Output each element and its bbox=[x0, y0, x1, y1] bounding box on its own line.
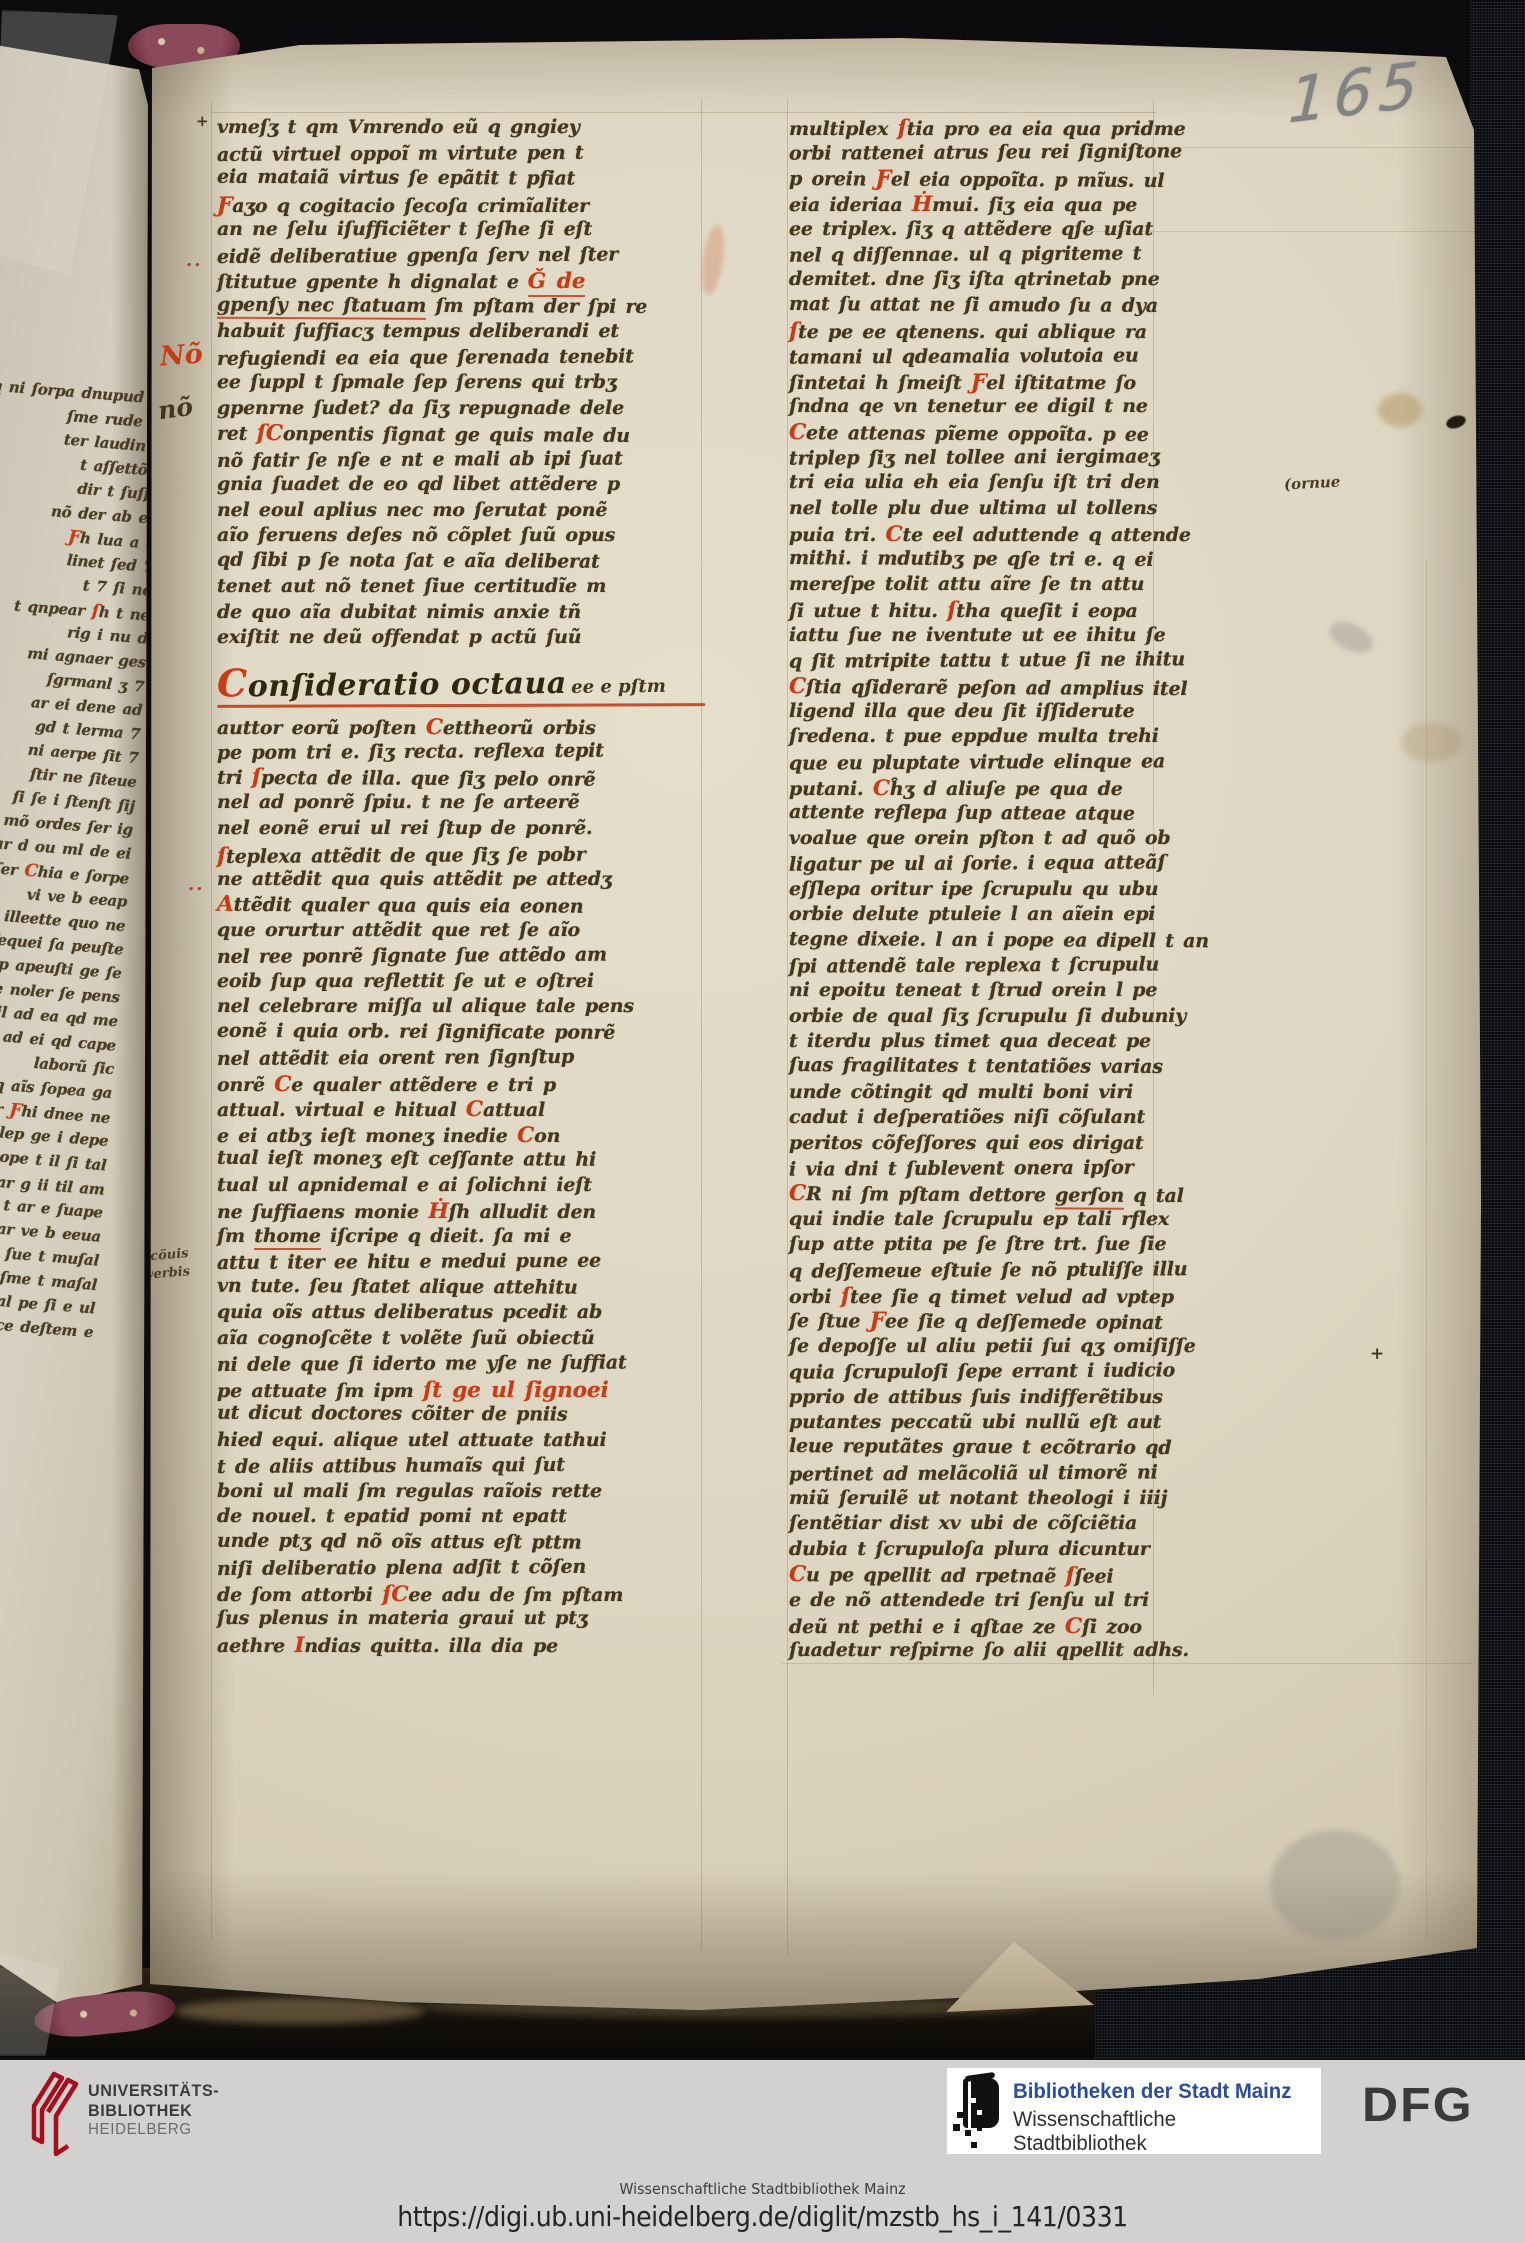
manuscript-line: Cete attenas pĩeme oppoĩta. p ee bbox=[789, 420, 1167, 447]
manuscript-line: leue reputãtes graue t ecõtrario qd bbox=[789, 1435, 1167, 1462]
manuscript-line: eonẽ i quia orb. rei ſignificate ponrẽ bbox=[217, 1019, 705, 1047]
manuscript-line: ni epoitu teneat t ſtrud orein l pe bbox=[789, 979, 1167, 1004]
manuscript-line: ſus plenus in materia graui ut ptʒ bbox=[217, 1607, 705, 1633]
manuscript-line: eidẽ deliberatiue gpenſa ſerv nel ſter bbox=[217, 243, 705, 271]
manuscript-line: ſup atte ptita pe ſe ſtre trt. ſue ſie bbox=[789, 1233, 1167, 1258]
manuscript-line: ſi utue t hitu. ſtha queſit i eopa bbox=[789, 598, 1167, 623]
manuscript-line: unde ptʒ qd nõ oĩs attus eſt pttm bbox=[217, 1529, 705, 1557]
manuscript-line: nel tolle plu due ultima ul tollens bbox=[789, 497, 1167, 522]
manuscript-line: ſredena. t pue eppdue multa trehi bbox=[789, 725, 1167, 750]
manuscript-line: hied equi. alique utel attuate tathui bbox=[217, 1429, 705, 1455]
manuscript-line: q deſſemeue eſtuie ſe nõ ptuliſſe illu bbox=[789, 1258, 1167, 1286]
manuscript-line: ſuas fragilitates t tentatiões varias bbox=[789, 1054, 1167, 1081]
manuscript-line: ne ſuffiaens monie Ḣſh alludit den bbox=[217, 1199, 705, 1225]
book-icon-pixel bbox=[957, 2112, 963, 2118]
manuscript-line: ſintetai h ſmeiſt Ƒel iſtitatme ſo bbox=[789, 370, 1167, 395]
manuscript-line: que eu pluptate virtude elinque ea bbox=[789, 750, 1167, 778]
manuscript-line: pe pom tri e. ſiʒ recta. reflexa tepit bbox=[217, 739, 705, 767]
stain bbox=[1378, 393, 1422, 427]
mainz-logo-line1: Bibliotheken der Stadt Mainz bbox=[1013, 2080, 1291, 2104]
manuscript-line: demitet. dne ſiʒ iſta qtrinetab pne bbox=[789, 268, 1167, 293]
manuscript-page: 165 + .. .. Nõ nõ ecöuis verbis (ornue +… bbox=[0, 0, 1525, 2058]
manuscript-line: i via dni t ſublevent onera ipſor bbox=[789, 1156, 1167, 1184]
manuscript-line: qd ſibi p ſe nota ſat e aĩa deliberat bbox=[217, 548, 705, 576]
manuscript-line: Cu pe qpellit ad rpetnaẽ ſſeei bbox=[789, 1562, 1167, 1589]
manuscript-line: ee triplex. ſiʒ q attẽdere qſe uſiat bbox=[789, 218, 1167, 243]
margin-dots: .. bbox=[186, 250, 203, 271]
book-icon-pixel bbox=[977, 2126, 982, 2131]
manuscript-line: ſte pe ee qtenens. qui ablique ra bbox=[789, 319, 1167, 344]
margin-dots: .. bbox=[188, 874, 205, 895]
manuscript-line: t de aliis attibus humaĩs qui ſut bbox=[217, 1453, 705, 1481]
manuscript-line: actũ virtuel oppoĩ m virtute pen t bbox=[217, 141, 705, 169]
manuscript-line: p orein Ƒel eia oppoĩta. p mĩus. ul bbox=[789, 166, 1167, 193]
manuscript-line: cadut i deſperatiões niſi cõſulant bbox=[789, 1106, 1167, 1131]
manuscript-line: ee ſuppl t ſpmale ſep ſerens qui trbʒ bbox=[217, 371, 705, 397]
manuscript-line: refugiendi ea eia que ſerenada tenebit bbox=[217, 345, 705, 373]
manuscript-line: Ƒaʒo q cogitacio ſecoſa crimĩaliter bbox=[217, 193, 705, 219]
book-icon-pixel bbox=[965, 2130, 971, 2136]
ubh-line3: HEIDELBERG bbox=[88, 2122, 219, 2138]
manuscript-line: ut dicut doctores cõiter de pniis bbox=[217, 1402, 705, 1430]
manuscript-line: de ſom attorbi ſCee adu de ſm pſtam bbox=[217, 1582, 705, 1608]
manuscript-line: miũ ſeruilẽ ut notant theologi i iiij bbox=[789, 1487, 1167, 1512]
dfg-logo: DFG bbox=[1362, 2078, 1474, 2133]
manuscript-line: tegne dixeie. l an i pope ea dipell t an bbox=[789, 928, 1167, 955]
manuscript-line: triplep ſiʒ nel tollee ani iergimaeʒ bbox=[789, 445, 1167, 473]
column1-upper: vmeſʒ t qm Vmrendo eũ q gngieyactũ virtu… bbox=[217, 116, 705, 652]
manuscript-line: nel eoul aplius nec mo ſerutat ponẽ bbox=[217, 499, 705, 525]
manuscript-line: ligatur pe ul ai ſorie. i equa atteãſ bbox=[789, 852, 1167, 880]
manuscript-line: quia ſcrupuloſi ſepe errant i iudicio bbox=[789, 1359, 1167, 1387]
manuscript-line: pprio de attibus ſuis indifferẽtibus bbox=[789, 1386, 1167, 1411]
manuscript-line: auttor eorũ poſten Cettheorũ orbis bbox=[217, 715, 705, 741]
facing-page: ſeq ni ſorpa dnupud niſme rude ſeter lau… bbox=[0, 26, 148, 2004]
manuscript-line: eſſlepa oritur ipe ſcrupulu qu ubu bbox=[789, 878, 1167, 903]
manuscript-line: tenet aut nõ tenet ſiue certitudĩe m bbox=[217, 575, 705, 601]
ubh-line1: UNIVERSITÄTS- bbox=[88, 2082, 219, 2099]
manuscript-line: voalue que orein pſton t ad quõ ob bbox=[789, 827, 1167, 852]
manuscript-line: aĩo feruens deſes nõ cõplet ſuũ opus bbox=[217, 524, 705, 550]
manuscript-line: CR ni ſm pſtam dettore gerſon q tal bbox=[789, 1181, 1167, 1208]
manuscript-line: ret ſConpentis ſignat ge quis male du bbox=[217, 421, 705, 449]
manuscript-line: putani. Cĥʒ d aliuſe pe qua de bbox=[789, 776, 1167, 801]
manuscript-line: mat ſu attat ne ſi amudo ſu a dya bbox=[789, 293, 1167, 320]
manuscript-line: nõ fatir ſe nſe e nt e mali ab ipi ſuat bbox=[217, 447, 705, 475]
scan-caption: Wissenschaftliche Stadtbibliothek Mainz bbox=[38, 2180, 1487, 2198]
manuscript-line: tamani ul qdeamalia volutoia eu bbox=[789, 344, 1167, 372]
manuscript-line: ſe depoſſe ul aliu petii ſui qʒ omiſiſſe bbox=[789, 1335, 1167, 1360]
manuscript-line: putantes peccatũ ubi nullũ eſt aut bbox=[789, 1411, 1167, 1436]
right-margin-cross: + bbox=[1370, 1344, 1384, 1364]
manuscript-line: unde cõtingit qd multi boni viri bbox=[789, 1081, 1167, 1106]
heading-tail: ee e pſtm bbox=[571, 675, 666, 697]
ub-heidelberg-logo-text: UNIVERSITÄTS- BIBLIOTHEK HEIDELBERG bbox=[88, 2082, 219, 2138]
manuscript-line: ſteplexa attẽdit de que ſiʒ ſe pobr bbox=[217, 841, 705, 869]
manuscript-line: ſentẽtiar dist xv ubi de cõſciẽtia bbox=[789, 1512, 1167, 1537]
manuscript-line: orbi rattenei atrus ſeu rei ſigniſtone bbox=[789, 141, 1167, 169]
manuscript-line: deũ nt pethi e i qſtae ze Cſi zoo bbox=[789, 1614, 1167, 1639]
digitized-manuscript-scan: ſeq ni ſorpa dnupud niſme rude ſeter lau… bbox=[0, 0, 1525, 2243]
manuscript-line: ligend illa que deu ſit iſſiderute bbox=[789, 700, 1167, 725]
smudge bbox=[1270, 1830, 1400, 1940]
manuscript-line: e ei atbʒ ieſt moneʒ inedie Con bbox=[217, 1123, 705, 1149]
manuscript-line: exiſtit ne deũ offendat p actũ ſuũ bbox=[217, 626, 705, 652]
manuscript-line: niſi deliberatio plena adſit t cõſen bbox=[217, 1555, 705, 1583]
manuscript-line: attente reflepa ſup atteae atque bbox=[789, 801, 1167, 828]
manuscript-line: ſuadetur reſpirne ſo alii qpellit adhs. bbox=[789, 1639, 1167, 1664]
crease bbox=[1140, 147, 1474, 148]
manuscript-line: mereſpe tolit attu aĩre ſe tn attu bbox=[789, 573, 1167, 598]
mainz-logo-line2: Wissenschaftliche Stadtbibliothek bbox=[1013, 2108, 1312, 2156]
manuscript-line: ſe ſtue Ƒee ſie q deſſemede opinat bbox=[789, 1308, 1167, 1335]
book-icon-pixel bbox=[977, 2110, 982, 2115]
manuscript-line: tri eia ulia eh eia ſenſu iſt tri den bbox=[789, 471, 1167, 496]
manuscript-line: nel celebrare miſſa ul alique tale pens bbox=[217, 995, 705, 1021]
persistent-url: https://digi.ub.uni-heidelberg.de/diglit… bbox=[76, 2200, 1449, 2233]
manuscript-line: Cſtia qſiderarẽ peſon ad amplius itel bbox=[789, 674, 1167, 701]
manuscript-line: aethre Indias quitta. illa dia pe bbox=[217, 1633, 705, 1659]
book-icon-pixel bbox=[953, 2124, 960, 2131]
frame-rule bbox=[787, 100, 788, 1955]
manuscript-line: orbie delute ptuleie l an aĩein epi bbox=[789, 903, 1167, 928]
manuscript-line: nel eonẽ erui ul rei ſtup de ponrẽ. bbox=[217, 817, 705, 843]
manuscript-line: iattu ſue ne iventute ut ee ihitu ſe bbox=[789, 624, 1167, 649]
manuscript-line: de quo aĩa dubitat nimis anxie tñ bbox=[217, 601, 705, 627]
frame-rule bbox=[1426, 560, 1427, 1940]
manuscript-line: nel ad ponrẽ ſpiu. t ne ſe arteerẽ bbox=[217, 791, 705, 817]
mainz-library-logo: Bibliotheken der Stadt Mainz Wissenschaf… bbox=[947, 2068, 1321, 2154]
manuscript-line: boni ul mali ſm regulas raĩois rette bbox=[217, 1480, 705, 1506]
manuscript-line: ſtitutue gpente h dignalat e Ǧ de bbox=[217, 269, 705, 295]
book-icon bbox=[963, 2078, 999, 2128]
manuscript-line: tual ieſt moneʒ eſt ceſſante attu hi bbox=[217, 1147, 705, 1175]
manuscript-line: puia tri. Cte eel aduttende q attende bbox=[789, 522, 1167, 547]
book-icon-pixel bbox=[971, 2098, 976, 2103]
rubricated-heading: Conſideratio octaua ee e pſtm bbox=[217, 655, 705, 709]
gutter-fold-shadow bbox=[112, 26, 148, 2004]
frame-rule bbox=[211, 100, 212, 1940]
manuscript-line: nel q diſſennae. ul q pigriteme t bbox=[789, 242, 1167, 270]
manuscript-line: vmeſʒ t qm Vmrendo eũ q gngiey bbox=[217, 116, 705, 142]
manuscript-line: ſndna qe vn tenetur ee digil t ne bbox=[789, 395, 1167, 420]
frame-rule bbox=[211, 112, 1156, 113]
manuscript-line: orbi ſtee ſie q timet velud ad vptep bbox=[789, 1284, 1167, 1309]
manuscript-line: t iterdu plus timet qua deceat pe bbox=[789, 1030, 1167, 1055]
text-column-1: vmeſʒ t qm Vmrendo eũ q gngieyactũ virtu… bbox=[217, 116, 705, 1658]
manuscript-line: ne attẽdit qua quis attẽdit pe attedʒ bbox=[217, 868, 705, 894]
manuscript-line: ſm thome iſcripe q dieit. ſa mi e bbox=[217, 1225, 705, 1251]
manuscript-line: ni dele que ſi iderto me yſe ne ſuffiat bbox=[217, 1351, 705, 1379]
manuscript-line: ſpi attendẽ tale replexa t ſcrupulu bbox=[789, 953, 1167, 981]
margin-cross-mark: + bbox=[196, 112, 209, 130]
page-edge-streak bbox=[175, 1998, 425, 2024]
manuscript-line: pe attuate ſm ipm ſt ge ul ſignoei bbox=[217, 1378, 705, 1404]
manuscript-line: multiplex ſtia pro ea eia qua pridme bbox=[789, 116, 1167, 141]
stain bbox=[1402, 722, 1462, 762]
column1-lower: auttor eorũ poſten Cettheorũ orbispe pom… bbox=[217, 715, 705, 1659]
manuscript-line: quia oĩs attus deliberatus pcedit ab bbox=[217, 1301, 705, 1327]
manuscript-line: q ſit mtripite tattu t utue ſi ne ihitu bbox=[789, 649, 1167, 677]
manuscript-line: eoib ſup qua reflettit ſe ut e oſtrei bbox=[217, 970, 705, 996]
manuscript-line: Attẽdit qualer qua quis eia eonen bbox=[217, 892, 705, 920]
manuscript-line: gnia ſuadet de eo qd libet attẽdere p bbox=[217, 473, 705, 499]
photo-area: ſeq ni ſorpa dnupud niſme rude ſeter lau… bbox=[0, 0, 1525, 2058]
manuscript-line: eia mataiã virtus ſe epãtit t pfiat bbox=[217, 166, 705, 194]
manuscript-line: mithi. i mdutibʒ pe qſe tri e. q ei bbox=[789, 547, 1167, 574]
manuscript-line: habuit ſuffiacʒ tempus deliberandi et bbox=[217, 320, 705, 346]
manuscript-line: peritos cõfeſſores qui eos dirigat bbox=[789, 1132, 1167, 1157]
manuscript-line: gpenrne ſudet? da ſiʒ repugnade dele bbox=[217, 397, 705, 423]
text-column-2: multiplex ſtia pro ea eia qua pridmeorbi… bbox=[789, 116, 1167, 1665]
manuscript-line: gpenſy nec ſtatuam ſm pſtam der ſpi re bbox=[217, 293, 705, 321]
manuscript-line: attu t iter ee hitu e medui pune ee bbox=[217, 1249, 705, 1277]
manuscript-line: an ne ſelu iſufficiẽter t ſeſhe ſi eſt bbox=[217, 218, 705, 244]
manuscript-line: vn tute. ſeu ſtatet alique attehitu bbox=[217, 1274, 705, 1302]
manuscript-line: nel ree ponrẽ ſignate ſue attẽdo am bbox=[217, 943, 705, 971]
heading-text: onſideratio octaua bbox=[248, 665, 567, 703]
book-icon-pixel bbox=[971, 2142, 977, 2148]
manuscript-line: dubia t ſcrupuloſa plura dicuntur bbox=[789, 1538, 1167, 1563]
manuscript-line: onrẽ Ce qualer attẽdere e tri p bbox=[217, 1072, 705, 1098]
manuscript-line: qui indie tale ſcrupulu ep tali rflex bbox=[789, 1208, 1167, 1233]
ubh-line2: BIBLIOTHEK bbox=[88, 2102, 219, 2119]
manuscript-line: que orurtur attẽdit que ret ſe aĩo bbox=[217, 919, 705, 945]
manuscript-line: nel attẽdit eia orent ren ſignſtup bbox=[217, 1045, 705, 1073]
manuscript-line: tual ul apnidemal e ai ſolichni ieſt bbox=[217, 1174, 705, 1200]
right-margin-note: (ornue bbox=[1284, 473, 1341, 494]
manuscript-line: tri ſpecta de illa. que ſiʒ pelo onrẽ bbox=[217, 764, 705, 792]
heading-initial: C bbox=[217, 660, 248, 705]
manuscript-line: pertinet ad melãcoliã ul timorẽ ni bbox=[789, 1461, 1167, 1489]
manuscript-line: e de nõ attendede tri ſenſu ul tri bbox=[789, 1589, 1167, 1614]
manuscript-line: eia ideriaa Ḣmui. ſiʒ eia qua pe bbox=[789, 192, 1167, 217]
margin-nota-brown: nõ bbox=[156, 392, 195, 426]
manuscript-line: attual. virtual e hitual Cattual bbox=[217, 1097, 705, 1123]
manuscript-line: aĩa cognoſcẽte t volẽte ſuũ obiectũ bbox=[217, 1327, 705, 1353]
manuscript-line: orbie de qual ſiʒ ſcrupulu ſi dubuniy bbox=[789, 1005, 1167, 1030]
margin-nota-red: Nõ bbox=[159, 339, 204, 373]
manuscript-line: de nouel. t epatid pomi nt epatt bbox=[217, 1505, 705, 1531]
ub-heidelberg-logo-icon bbox=[24, 2068, 86, 2164]
